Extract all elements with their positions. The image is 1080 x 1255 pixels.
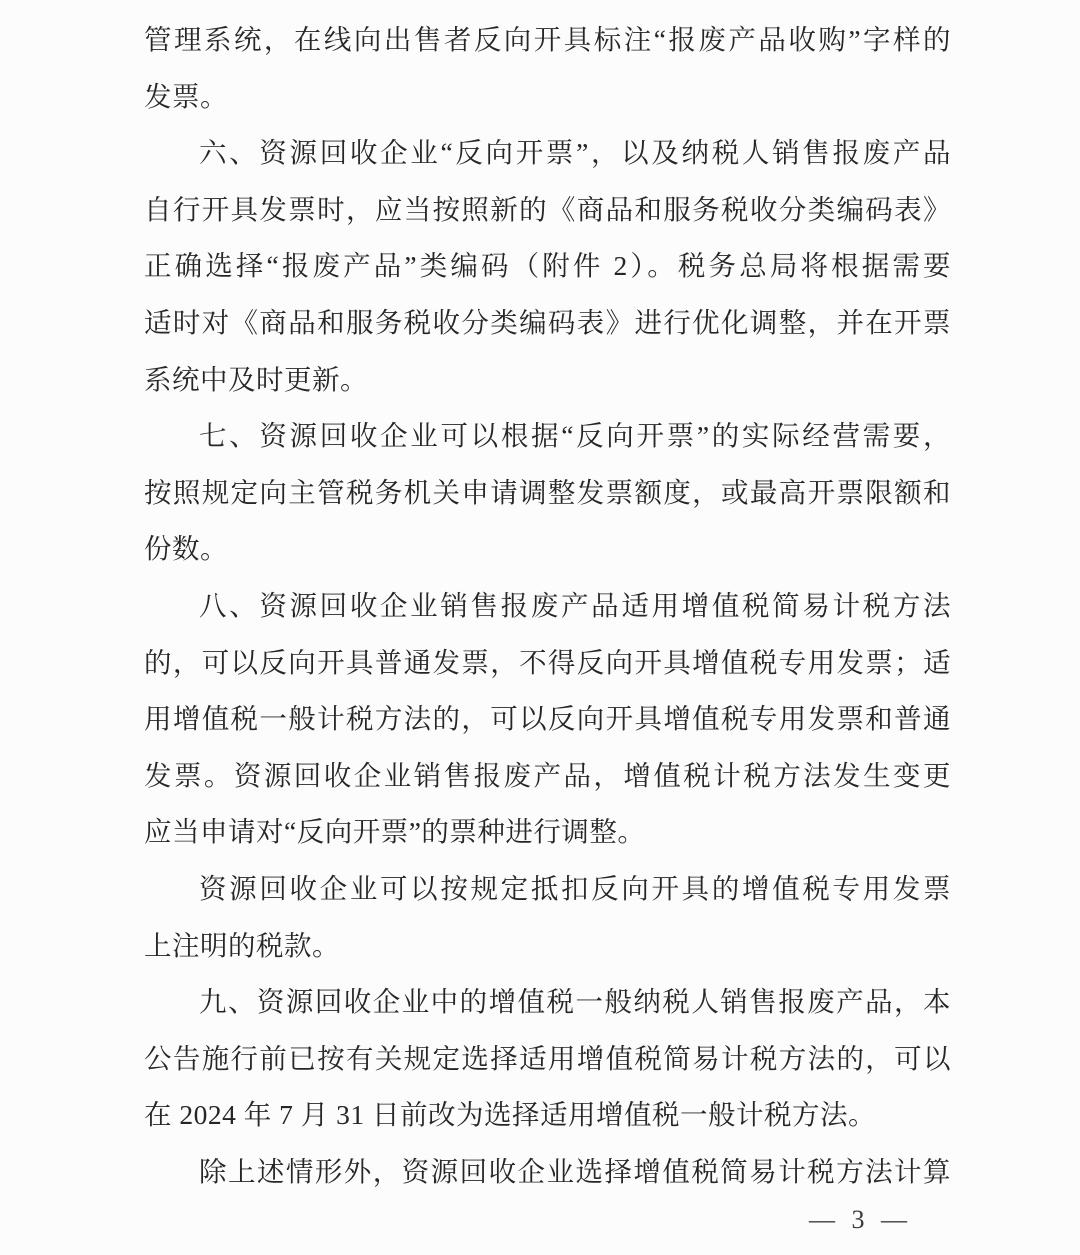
text-line: 发票。资源回收企业销售报废产品，增值税计税方法发生变更的， bbox=[144, 748, 951, 805]
text-line: 八、资源回收企业销售报废产品适用增值税简易计税方法 bbox=[144, 578, 951, 635]
document-page: 管理系统，在线向出售者反向开具标注“报废产品收购”字样的 发票。 六、资源回收企… bbox=[0, 0, 1080, 1255]
document-body: 管理系统，在线向出售者反向开具标注“报废产品收购”字样的 发票。 六、资源回收企… bbox=[144, 12, 951, 1200]
text-line: 上注明的税款。 bbox=[144, 918, 951, 975]
text-line: 正确选择“报废产品”类编码（附件 2）。税务总局将根据需要 bbox=[144, 238, 951, 295]
text-line: 份数。 bbox=[144, 521, 951, 578]
text-line: 六、资源回收企业“反向开票”，以及纳税人销售报废产品 bbox=[144, 125, 951, 182]
text-line: 九、资源回收企业中的增值税一般纳税人销售报废产品，本 bbox=[144, 974, 951, 1031]
text-line: 应当申请对“反向开票”的票种进行调整。 bbox=[144, 804, 951, 861]
text-line: 资源回收企业可以按规定抵扣反向开具的增值税专用发票 bbox=[144, 861, 951, 918]
text-line: 自行开具发票时，应当按照新的《商品和服务税收分类编码表》 bbox=[144, 182, 951, 239]
text-line: 除上述情形外，资源回收企业选择增值税简易计税方法计算 bbox=[144, 1144, 951, 1201]
page-number: — 3 — bbox=[809, 1205, 912, 1235]
text-line: 系统中及时更新。 bbox=[144, 352, 951, 409]
text-line: 适时对《商品和服务税收分类编码表》进行优化调整，并在开票 bbox=[144, 295, 951, 352]
text-line: 发票。 bbox=[144, 69, 951, 126]
text-line: 用增值税一般计税方法的，可以反向开具增值税专用发票和普通 bbox=[144, 691, 951, 748]
text-line: 的，可以反向开具普通发票，不得反向开具增值税专用发票；适 bbox=[144, 635, 951, 692]
text-line: 在 2024 年 7 月 31 日前改为选择适用增值税一般计税方法。 bbox=[144, 1087, 951, 1144]
text-line: 七、资源回收企业可以根据“反向开票”的实际经营需要， bbox=[144, 408, 951, 465]
text-line: 公告施行前已按有关规定选择适用增值税简易计税方法的，可以 bbox=[144, 1031, 951, 1088]
text-line: 管理系统，在线向出售者反向开具标注“报废产品收购”字样的 bbox=[144, 12, 951, 69]
text-line: 按照规定向主管税务机关申请调整发票额度，或最高开票限额和 bbox=[144, 465, 951, 522]
